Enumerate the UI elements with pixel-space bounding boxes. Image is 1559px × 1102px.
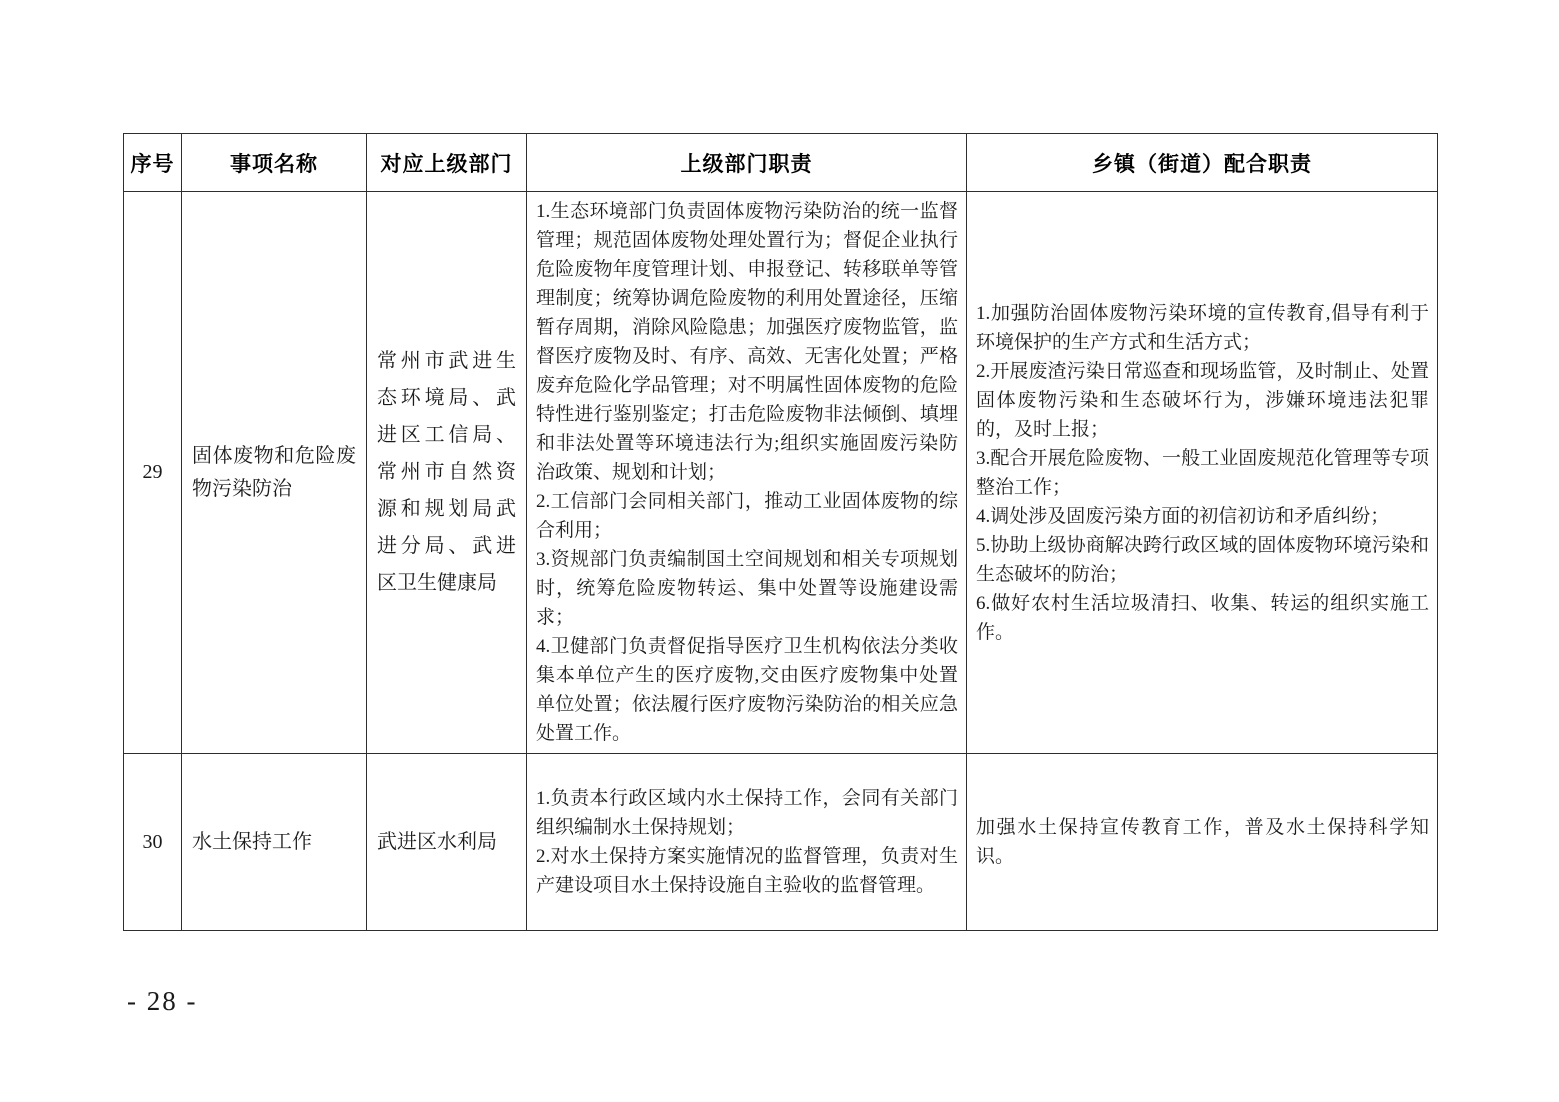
table-row: 29 固体废物和危险废物污染防治 常州市武进生态环境局、武进区工信局、常州市自然… — [124, 192, 1438, 754]
table-row: 30 水土保持工作 武进区水利局 1.负责本行政区域内水土保持工作，会同有关部门… — [124, 754, 1438, 931]
header-item-name: 事项名称 — [182, 134, 367, 192]
header-township-duties: 乡镇（街道）配合职责 — [967, 134, 1438, 192]
header-seq: 序号 — [124, 134, 182, 192]
header-superior-department: 对应上级部门 — [367, 134, 527, 192]
item-name-cell: 固体废物和危险废物污染防治 — [182, 192, 367, 754]
item-name-cell: 水土保持工作 — [182, 754, 367, 931]
duties-table: 序号 事项名称 对应上级部门 上级部门职责 乡镇（街道）配合职责 29 固体废物… — [123, 133, 1438, 931]
superior-duties-cell: 1.负责本行政区域内水土保持工作，会同有关部门组织编制水土保持规划； 2.对水土… — [527, 754, 967, 931]
township-duties-cell: 1.加强防治固体废物污染环境的宣传教育,倡导有利于环境保护的生产方式和生活方式；… — [967, 192, 1438, 754]
page-number: - 28 - — [127, 986, 197, 1017]
township-duties-cell: 加强水土保持宣传教育工作，普及水土保持科学知识。 — [967, 754, 1438, 931]
row-number-cell: 29 — [124, 192, 182, 754]
table-header-row: 序号 事项名称 对应上级部门 上级部门职责 乡镇（街道）配合职责 — [124, 134, 1438, 192]
department-cell: 武进区水利局 — [367, 754, 527, 931]
superior-duties-cell: 1.生态环境部门负责固体废物污染防治的统一监督管理；规范固体废物处理处置行为；督… — [527, 192, 967, 754]
row-number-cell: 30 — [124, 754, 182, 931]
header-superior-duties: 上级部门职责 — [527, 134, 967, 192]
department-cell: 常州市武进生态环境局、武进区工信局、常州市自然资源和规划局武进分局、武进区卫生健… — [367, 192, 527, 754]
document-page: 序号 事项名称 对应上级部门 上级部门职责 乡镇（街道）配合职责 29 固体废物… — [0, 0, 1559, 1102]
